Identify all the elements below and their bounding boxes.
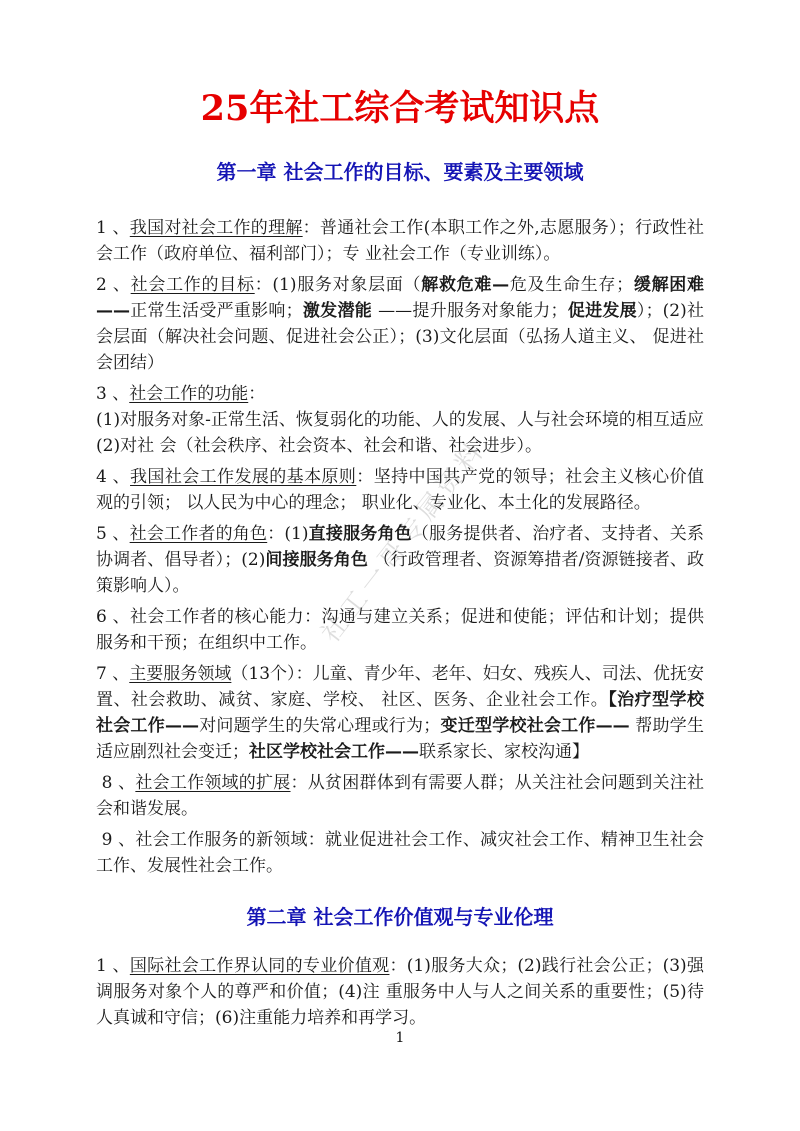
paragraph: 7 、主要服务领域（13个）：儿童、青少年、老年、妇女、残疾人、司法、优抚安置、… — [96, 661, 704, 765]
chapter-1-heading: 第一章 社会工作的目标、要素及主要领域 — [96, 159, 704, 185]
text-run: 对问题学生的失常心理或行为； — [199, 716, 440, 736]
text-run: 间接服务角色 — [265, 550, 368, 570]
chapter-2-heading: 第二章 社会工作价值观与专业伦理 — [96, 904, 704, 930]
paragraph: 1 、我国对社会工作的理解：普通社会工作(本职工作之外,志愿服务）；行政性社会工… — [96, 215, 704, 267]
text-run: 社区学校社会工作—— — [249, 742, 419, 762]
text-run: 2 、 — [96, 275, 131, 295]
text-run: ：(1)服务对象层面（ — [255, 275, 422, 295]
text-run: 联系家长、家校沟通】 — [419, 742, 589, 762]
text-run: 激发潜能 — [303, 301, 379, 321]
document-title: 25年社工综合考试知识点 — [96, 86, 704, 132]
paragraph: 5 、社会工作者的角色：(1)直接服务角色（服务提供者、治疗者、支持者、关系协调… — [96, 521, 704, 599]
text-run: 社会工作领域的扩展 — [135, 773, 290, 793]
chapter-2-paragraphs: 1 、国际社会工作界认同的专业价值观：(1)服务大众；(2)践行社会公正；(3)… — [96, 953, 704, 1031]
paragraph: 9 、社会工作服务的新领域：就业促进社会工作、减灾社会工作、精神卫生社会工作、发… — [96, 827, 704, 879]
text-run: 1 、 — [96, 218, 130, 238]
text-run: 我国对社会工作的理解 — [130, 218, 303, 238]
text-run: 社会工作的功能 — [129, 384, 248, 404]
paragraph: 3 、社会工作的功能： (1)对服务对象-正常生活、恢复弱化的功能、人的发展、人… — [96, 381, 704, 459]
page-number: 1 — [0, 1030, 800, 1046]
text-run: 9 、社会工作服务的新领域：就业促进社会工作、减灾社会工作、精神卫生社会工作、发… — [96, 830, 704, 876]
document-content: 25年社工综合考试知识点 第一章 社会工作的目标、要素及主要领域 1 、我国对社… — [0, 0, 800, 1031]
text-run: 主要服务领域 — [129, 664, 231, 684]
paragraph: 1 、国际社会工作界认同的专业价值观：(1)服务大众；(2)践行社会公正；(3)… — [96, 953, 704, 1031]
text-run: ——提升服务对象能力； — [378, 301, 567, 321]
text-run: 1 、 — [96, 956, 130, 976]
text-run: 危及生命生存； — [509, 275, 633, 295]
text-run: 社会工作者的角色 — [130, 524, 268, 544]
text-run: 3 、 — [96, 384, 129, 404]
paragraph: 2 、社会工作的目标：(1)服务对象层面（解救危难—危及生命生存；缓解困难——正… — [96, 272, 704, 376]
paragraph: 6 、社会工作者的核心能力：沟通与建立关系；促进和使能；评估和计划；提供服务和干… — [96, 604, 704, 656]
chapter-2-section: 第二章 社会工作价值观与专业伦理 1 、国际社会工作界认同的专业价值观：(1)服… — [96, 904, 704, 1031]
chapter-1-paragraphs: 1 、我国对社会工作的理解：普通社会工作(本职工作之外,志愿服务）；行政性社会工… — [96, 215, 704, 879]
text-run: 我国社会工作发展的基本原则 — [130, 467, 356, 487]
text-run: 国际社会工作界认同的专业价值观 — [130, 956, 390, 976]
text-run: 4 、 — [96, 467, 130, 487]
text-run: 直接服务角色 — [308, 524, 411, 544]
text-run: ：(1) — [267, 524, 308, 544]
text-run: 正常生活受严重影响； — [130, 301, 303, 321]
text-run: 5 、 — [96, 524, 130, 544]
text-run: 促进发展 — [568, 301, 637, 321]
paragraph: 8 、社会工作领域的扩展：从贫困群体到有需要人群；从关注社会问题到关注社会和谐发… — [96, 770, 704, 822]
text-run: 7 、 — [96, 664, 129, 684]
text-run: 6 、社会工作者的核心能力：沟通与建立关系；促进和使能；评估和计划；提供服务和干… — [96, 607, 704, 653]
chapter-1-section: 第一章 社会工作的目标、要素及主要领域 1 、我国对社会工作的理解：普通社会工作… — [96, 159, 704, 879]
text-run: 变迁型学校社会工作—— — [440, 716, 629, 736]
text-run: 社会工作的目标 — [131, 275, 255, 295]
document-page: 社工一哥专属资料 25年社工综合考试知识点 第一章 社会工作的目标、要素及主要领… — [0, 0, 800, 1131]
text-run: 8 、 — [96, 773, 135, 793]
paragraph: 4 、我国社会工作发展的基本原则：坚持中国共产党的领导；社会主义核心价值观的引领… — [96, 464, 704, 516]
text-run: 解救危难— — [421, 275, 509, 295]
